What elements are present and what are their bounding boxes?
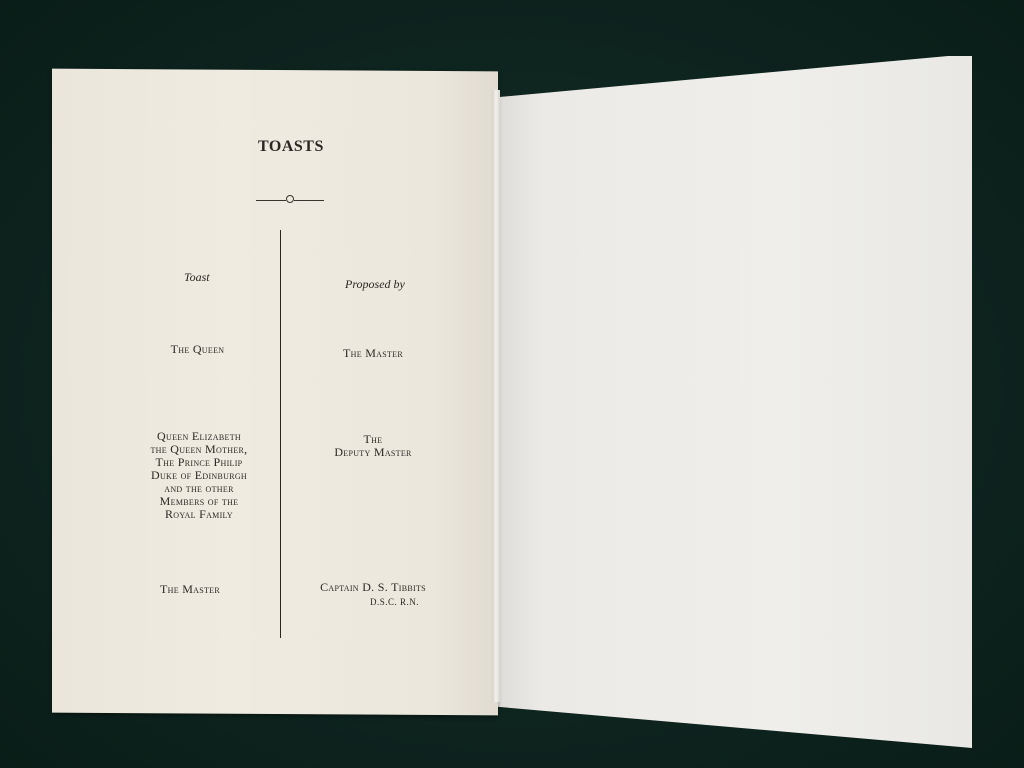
ornament-divider-icon (256, 195, 324, 205)
page-title: TOASTS (258, 138, 324, 156)
proposer-1: The Master (318, 347, 428, 360)
left-page (52, 69, 498, 716)
toast-2: Queen Elizabeththe Queen Mother,The Prin… (130, 430, 268, 521)
proposer-3-honours: D.S.C. R.N. (370, 597, 419, 607)
proposer-2: TheDeputy Master (318, 433, 428, 459)
booklet-spine (492, 90, 500, 702)
column-divider (280, 230, 281, 638)
column-header-proposed-by: Proposed by (345, 277, 405, 292)
column-header-toast: Toast (184, 270, 210, 285)
toast-1: The Queen (140, 343, 255, 356)
blank-right-page (494, 56, 972, 748)
toast-3: The Master (140, 583, 240, 596)
proposer-3: Captain D. S. Tibbits (303, 581, 443, 594)
